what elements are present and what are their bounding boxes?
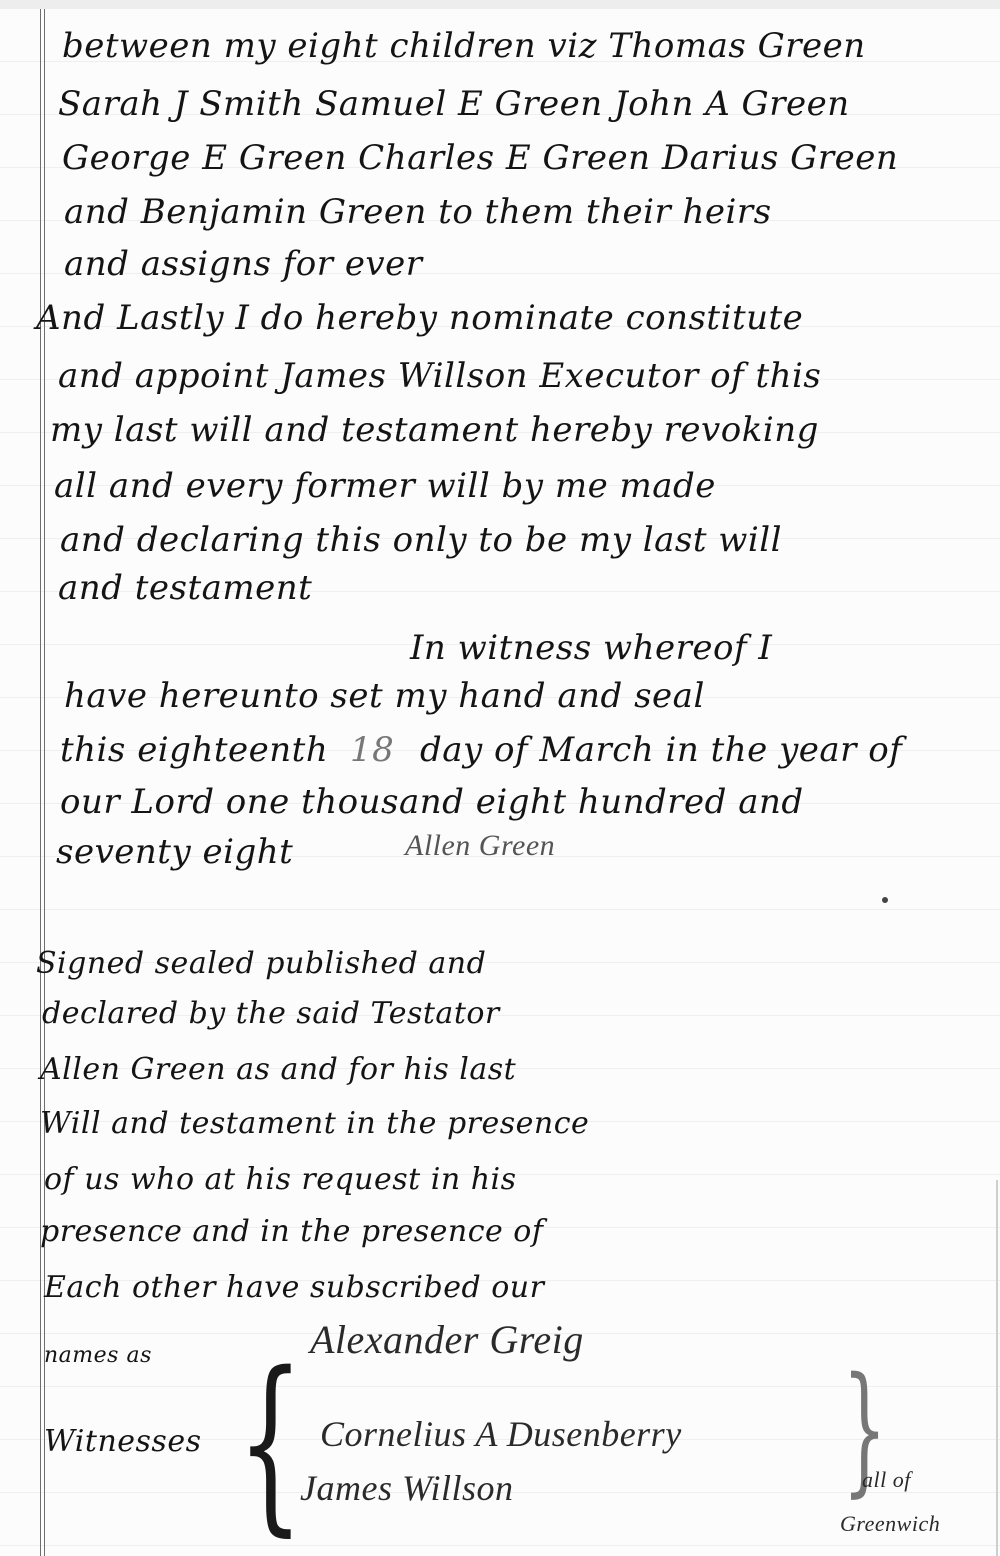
date-insert: 18 <box>350 730 394 770</box>
attestation-line: names as <box>44 1336 152 1376</box>
witness-clause-line: this eighteenth <box>60 730 328 770</box>
attestation-line: Allen Green as and for his last <box>40 1050 516 1090</box>
page-edge-rule <box>996 1180 998 1556</box>
witnesses-brace: { <box>237 1348 303 1538</box>
witness-clause-line: our Lord one thousand eight hundred and <box>60 782 804 822</box>
witness-signature-willson: James Willson <box>300 1468 513 1508</box>
attestation-line: Signed sealed published and <box>36 944 486 984</box>
margin-rule-inner <box>44 9 45 1556</box>
margin-rule-outer <box>40 9 41 1556</box>
witness-clause-line: have hereunto set my hand and seal <box>64 676 705 716</box>
witness-clause-line: seventy eight <box>56 832 293 872</box>
body-line: and assigns for ever <box>64 244 423 284</box>
ink-dot <box>882 897 888 903</box>
witness-clause-line: day of March in the year of <box>420 730 902 770</box>
attestation-line: of us who at his request in his <box>44 1160 517 1200</box>
body-line: all and every former will by me made <box>54 466 716 506</box>
residence-note-greenwich: Greenwich <box>840 1504 940 1544</box>
witnesses-label: Witnesses <box>44 1422 201 1462</box>
attestation-line: declared by the said Testator <box>42 994 500 1034</box>
witness-signature-dusenberry: Cornelius A Dusenberry <box>320 1414 682 1454</box>
testator-signature: Allen Green <box>405 826 555 866</box>
body-line: George E Green Charles E Green Darius Gr… <box>62 138 898 178</box>
top-bar <box>0 0 1000 9</box>
body-line: and appoint James Willson Executor of th… <box>58 356 821 396</box>
body-line: between my eight children viz Thomas Gre… <box>62 26 866 66</box>
attestation-line: presence and in the presence of <box>40 1212 543 1252</box>
witness-signature-greig: Alexander Greig <box>310 1320 584 1360</box>
body-line: And Lastly I do hereby nominate constitu… <box>36 298 803 338</box>
body-line: my last will and testament hereby revoki… <box>50 410 819 450</box>
body-line: and Benjamin Green to them their heirs <box>64 192 772 232</box>
attestation-line: Will and testament in the presence <box>40 1104 589 1144</box>
body-line: and declaring this only to be my last wi… <box>60 520 782 560</box>
witness-clause-opening: In witness whereof I <box>410 628 772 668</box>
attestation-line: Each other have subscribed our <box>44 1268 544 1308</box>
body-line: and testament <box>58 568 312 608</box>
body-line: Sarah J Smith Samuel E Green John A Gree… <box>58 84 850 124</box>
residence-note-all-of: all of <box>862 1460 911 1500</box>
